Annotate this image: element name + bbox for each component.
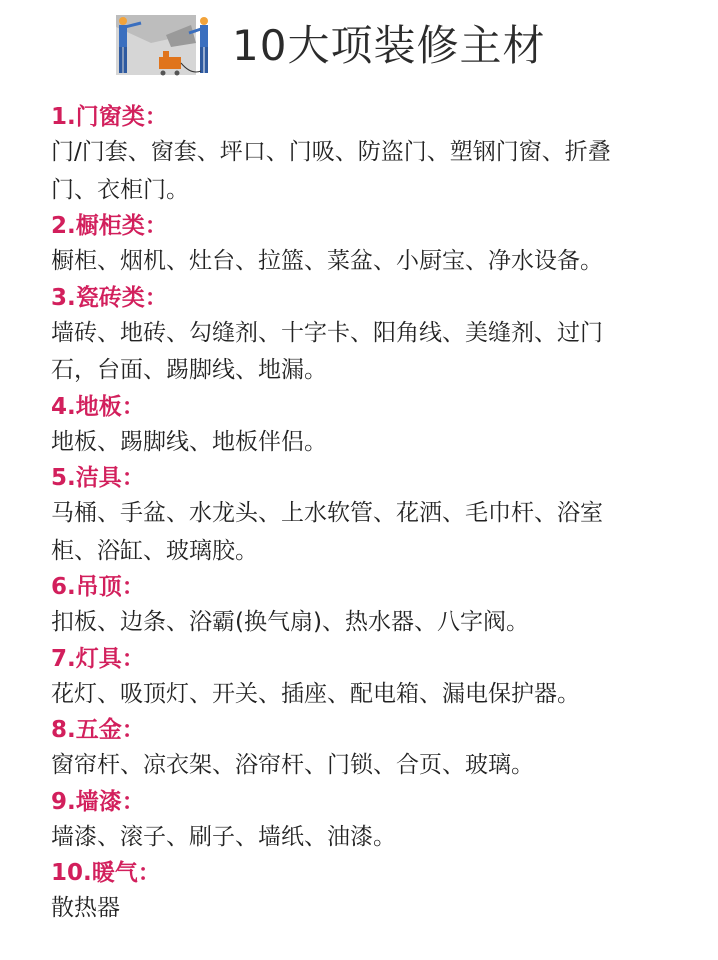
section-lighting: 7.灯具： 花灯、吸顶灯、开关、插座、配电箱、漏电保护器。 — [51, 642, 691, 714]
section-heading: 5.洁具： — [51, 461, 691, 495]
workers-plastering-illustration-icon — [111, 13, 216, 80]
section-text: 花灯、吸顶灯、开关、插座、配电箱、漏电保护器。 — [51, 676, 691, 714]
section-text: 柜、浴缸、玻璃胶。 — [51, 533, 691, 571]
section-heading: 10.暖气： — [51, 856, 691, 890]
section-ceiling: 6.吊顶： 扣板、边条、浴霸(换气扇)、热水器、八字阀。 — [51, 570, 691, 642]
section-text: 橱柜、烟机、灶台、拉篮、菜盆、小厨宝、净水设备。 — [51, 243, 691, 281]
section-heading: 3.瓷砖类： — [51, 281, 691, 315]
section-cabinets: 2.橱柜类： 橱柜、烟机、灶台、拉篮、菜盆、小厨宝、净水设备。 — [51, 209, 691, 281]
section-tiles: 3.瓷砖类： 墙砖、地砖、勾缝剂、十字卡、阳角线、美缝剂、过门 石，台面、踢脚线… — [51, 281, 691, 390]
section-text: 马桶、手盆、水龙头、上水软管、花洒、毛巾杆、浴室 — [51, 495, 691, 533]
page-title: 10大项装修主材 — [232, 20, 545, 72]
section-sanitary-ware: 5.洁具： 马桶、手盆、水龙头、上水软管、花洒、毛巾杆、浴室 柜、浴缸、玻璃胶。 — [51, 461, 691, 570]
section-text: 门、衣柜门。 — [51, 172, 691, 210]
section-heading: 6.吊顶： — [51, 570, 691, 604]
section-text: 散热器 — [51, 890, 691, 928]
materials-list: 1.门窗类： 门/门套、窗套、坪口、门吸、防盗门、塑钢门窗、折叠 门、衣柜门。 … — [51, 100, 691, 928]
section-doors-windows: 1.门窗类： 门/门套、窗套、坪口、门吸、防盗门、塑钢门窗、折叠 门、衣柜门。 — [51, 100, 691, 209]
section-heading: 4.地板： — [51, 390, 691, 424]
section-text: 地板、踢脚线、地板伴侣。 — [51, 424, 691, 462]
section-text: 窗帘杆、凉衣架、浴帘杆、门锁、合页、玻璃。 — [51, 747, 691, 785]
section-text: 扣板、边条、浴霸(换气扇)、热水器、八字阀。 — [51, 604, 691, 642]
section-heading: 9.墙漆： — [51, 785, 691, 819]
section-text: 墙砖、地砖、勾缝剂、十字卡、阳角线、美缝剂、过门 — [51, 315, 691, 353]
section-text: 门/门套、窗套、坪口、门吸、防盗门、塑钢门窗、折叠 — [51, 134, 691, 172]
section-heading: 8.五金： — [51, 713, 691, 747]
section-heading: 1.门窗类： — [51, 100, 691, 134]
section-text: 墙漆、滚子、刷子、墙纸、油漆。 — [51, 819, 691, 857]
section-hardware: 8.五金： 窗帘杆、凉衣架、浴帘杆、门锁、合页、玻璃。 — [51, 713, 691, 785]
section-flooring: 4.地板： 地板、踢脚线、地板伴侣。 — [51, 390, 691, 462]
header: 10大项装修主材 — [0, 0, 718, 95]
section-heading: 2.橱柜类： — [51, 209, 691, 243]
section-heading: 7.灯具： — [51, 642, 691, 676]
section-paint: 9.墙漆： 墙漆、滚子、刷子、墙纸、油漆。 — [51, 785, 691, 857]
section-text: 石，台面、踢脚线、地漏。 — [51, 352, 691, 390]
section-heating: 10.暖气： 散热器 — [51, 856, 691, 928]
